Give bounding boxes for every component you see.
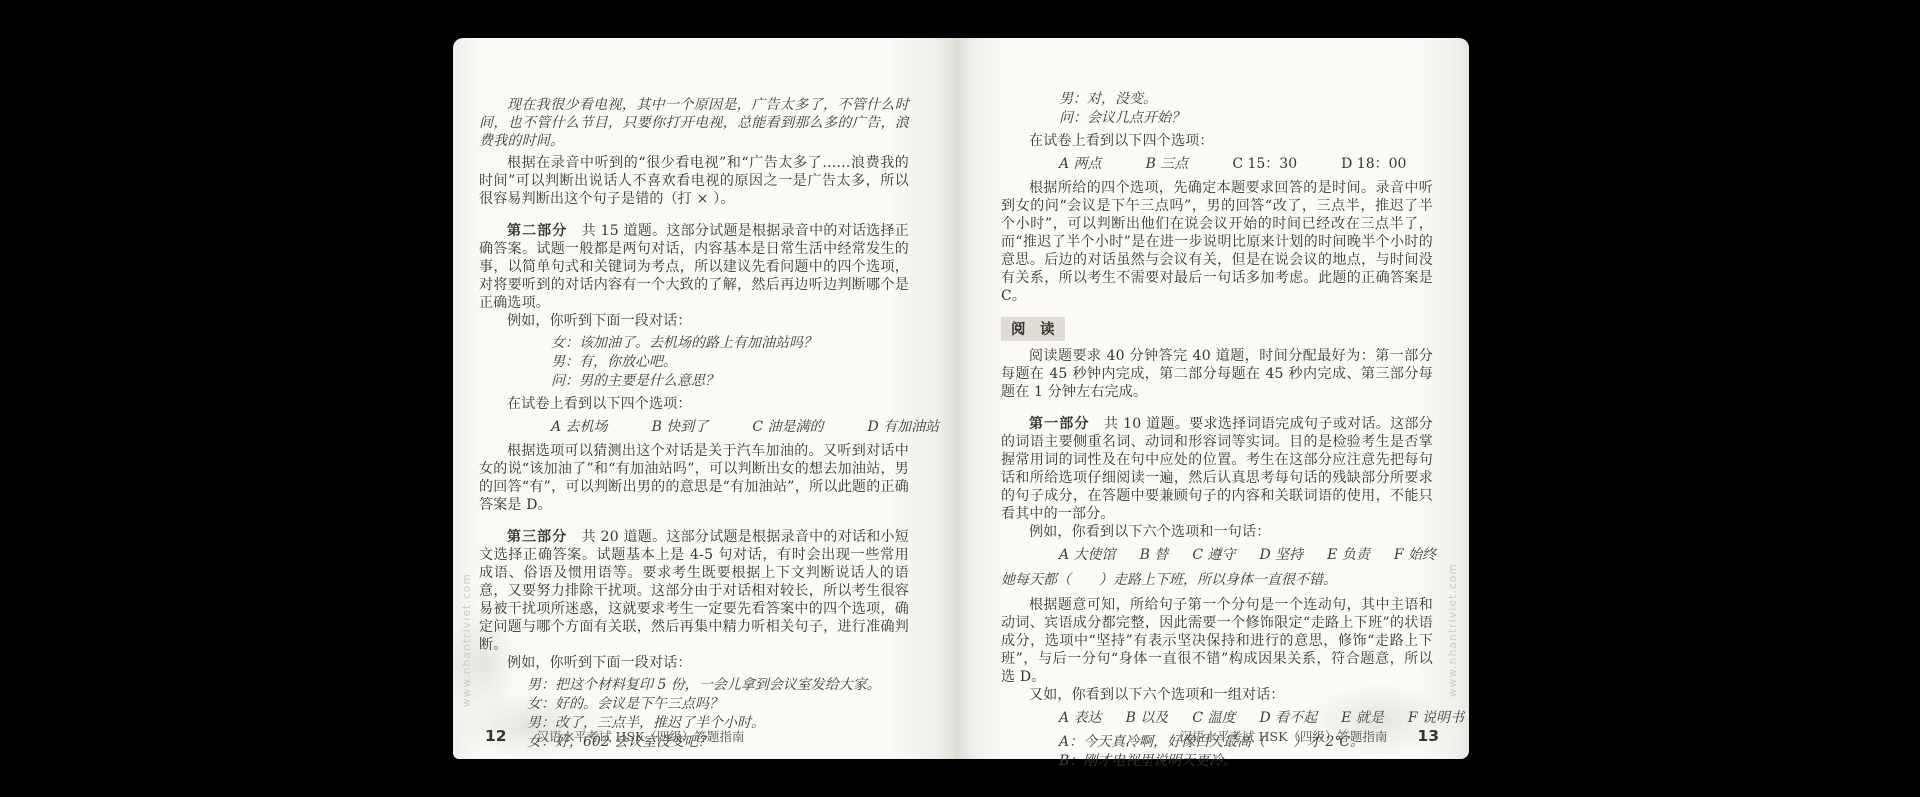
example1-intro: 例如，你看到以下六个选项和一句话： [1001,523,1433,541]
options-row-listening: A 去机场 B 快到了 C 油是满的 D 有加油站 [551,418,909,437]
dialogue-line: 男：有，你放心吧。 [551,353,909,372]
option-item: C 油是满的 [752,418,823,437]
option-item: A 两点 [1059,155,1102,174]
dialogue-line: 女：该加油了。去机场的路上有加油站吗？ [551,334,909,353]
option-item: E 负责 [1327,546,1370,565]
option-item: D 18：00 [1341,155,1406,174]
dialogue-line: 问：会议几点开始？ [1059,109,1433,128]
option-item: C 遵守 [1192,546,1235,565]
dialogue-line: 问：男的主要是什么意思？ [551,372,909,391]
dialogue-line: 男：把这个材料复印 5 份，一会儿拿到会议室发给大家。 [527,676,909,695]
option-item: B 三点 [1146,155,1189,174]
reading-section-heading: 阅 读 [1001,317,1065,341]
option-item: D 有加油站 [867,418,939,437]
part3-text: 共 20 道题。这部分试题是根据录音中的对话和小短文选择正确答案。试题基本上是 … [479,529,909,653]
reading-part1-paragraph: 第一部分 共 10 道题。要求选择词语完成句子或对话。这部分的词语主要侧重名词、… [1001,415,1433,523]
page-smudge [1305,683,1455,757]
fill-blank-sentence: 她每天都（ ）走路上下班，所以身体一直很不错。 [1001,571,1433,590]
dialogue-line: 男：对，没变。 [1059,90,1433,109]
listening-part3-paragraph: 第三部分 共 20 道题。这部分试题是根据录音中的对话和小短文选择正确答案。试题… [479,528,909,654]
fill-analysis: 根据题意可知，所给句子第一个分句是一个连动句，其中主语和动词、宾语成分都完整，因… [1001,596,1433,686]
page-smudge [447,609,517,719]
running-title: 汉语水平考试 HSK（四级）答题指南 [537,729,745,744]
options-intro: 在试卷上看到以下四个选项： [479,395,909,413]
option-item: F 始终 [1394,546,1436,565]
part1-heading: 第一部分 [1029,416,1090,432]
page-footer-left: 12汉语水平考试 HSK（四级）答题指南 [485,727,744,745]
watermark-left: www.nhantriviet.com [461,573,473,707]
options-row-words-1: A 大使馆 B 替 C 遵守 D 坚持 E 负责 F 始终 [1059,546,1433,565]
option-analysis: 根据选项可以猜测出这个对话是关于汽车加油的。又听到对话中女的说“该加油了”和“有… [479,442,909,514]
page-number: 13 [1417,727,1439,745]
options-intro: 在试卷上看到以下四个选项： [1001,132,1433,150]
watermark-right: www.nhantriviet.com [1447,563,1459,697]
page-left: www.nhantriviet.com 现在我很少看电视，其中一个原因是，广告太… [453,38,959,759]
options-row-time: A 两点 B 三点 C 15：30 D 18：00 [1059,155,1433,174]
listening-part2-paragraph: 第二部分 共 15 道题。这部分试题是根据录音中的对话选择正确答案。试题一般都是… [479,222,909,312]
time-analysis: 根据所给的四个选项，先确定本题要求回答的是时间。录音中听到女的问“会议是下午三点… [1001,179,1433,305]
reading-section: 阅 读 [1001,317,1433,341]
running-title: 汉语水平考试 HSK（四级）答题指南 [1180,729,1388,744]
option-item: B 快到了 [652,418,709,437]
page-number: 12 [485,727,507,745]
example2-intro: 例如，你听到下面一段对话： [479,654,909,672]
page-right: www.nhantriviet.com 男：对，没变。 问：会议几点开始？ 在试… [959,38,1469,759]
dialogue-continuation: 男：对，没变。 问：会议几点开始？ [1059,90,1433,128]
dialogue-example-1: 女：该加油了。去机场的路上有加油站吗？ 男：有，你放心吧。 问：男的主要是什么意… [551,334,909,391]
option-item: A 表达 [1059,709,1102,728]
example1-intro: 例如，你听到下面一段对话： [479,312,909,330]
book-spread: www.nhantriviet.com 现在我很少看电视，其中一个原因是，广告太… [453,38,1469,759]
option-item: C 15：30 [1232,155,1297,174]
option-item: D 坚持 [1259,546,1303,565]
option-item: A 去机场 [551,418,608,437]
listening-sample-passage: 现在我很少看电视，其中一个原因是，广告太多了，不管什么时间，也不管什么节目，只要… [479,96,909,150]
reading-intro: 阅读题要求 40 分钟答完 40 道题，时间分配最好为：第一部分每题在 45 秒… [1001,347,1433,401]
option-item: A 大使馆 [1059,546,1116,565]
page-footer-right: 汉语水平考试 HSK（四级）答题指南13 [1180,727,1439,745]
part3-heading: 第三部分 [507,529,567,545]
option-item: B 替 [1140,546,1169,565]
option-item: C 温度 [1192,709,1235,728]
option-item: B 以及 [1126,709,1169,728]
part2-heading: 第二部分 [507,223,567,239]
photo-background: www.nhantriviet.com 现在我很少看电视，其中一个原因是，广告太… [0,0,1920,797]
judge-explanation: 根据在录音中听到的“很少看电视”和“广告太多了……浪费我的时间”可以判断出说话人… [479,154,909,208]
